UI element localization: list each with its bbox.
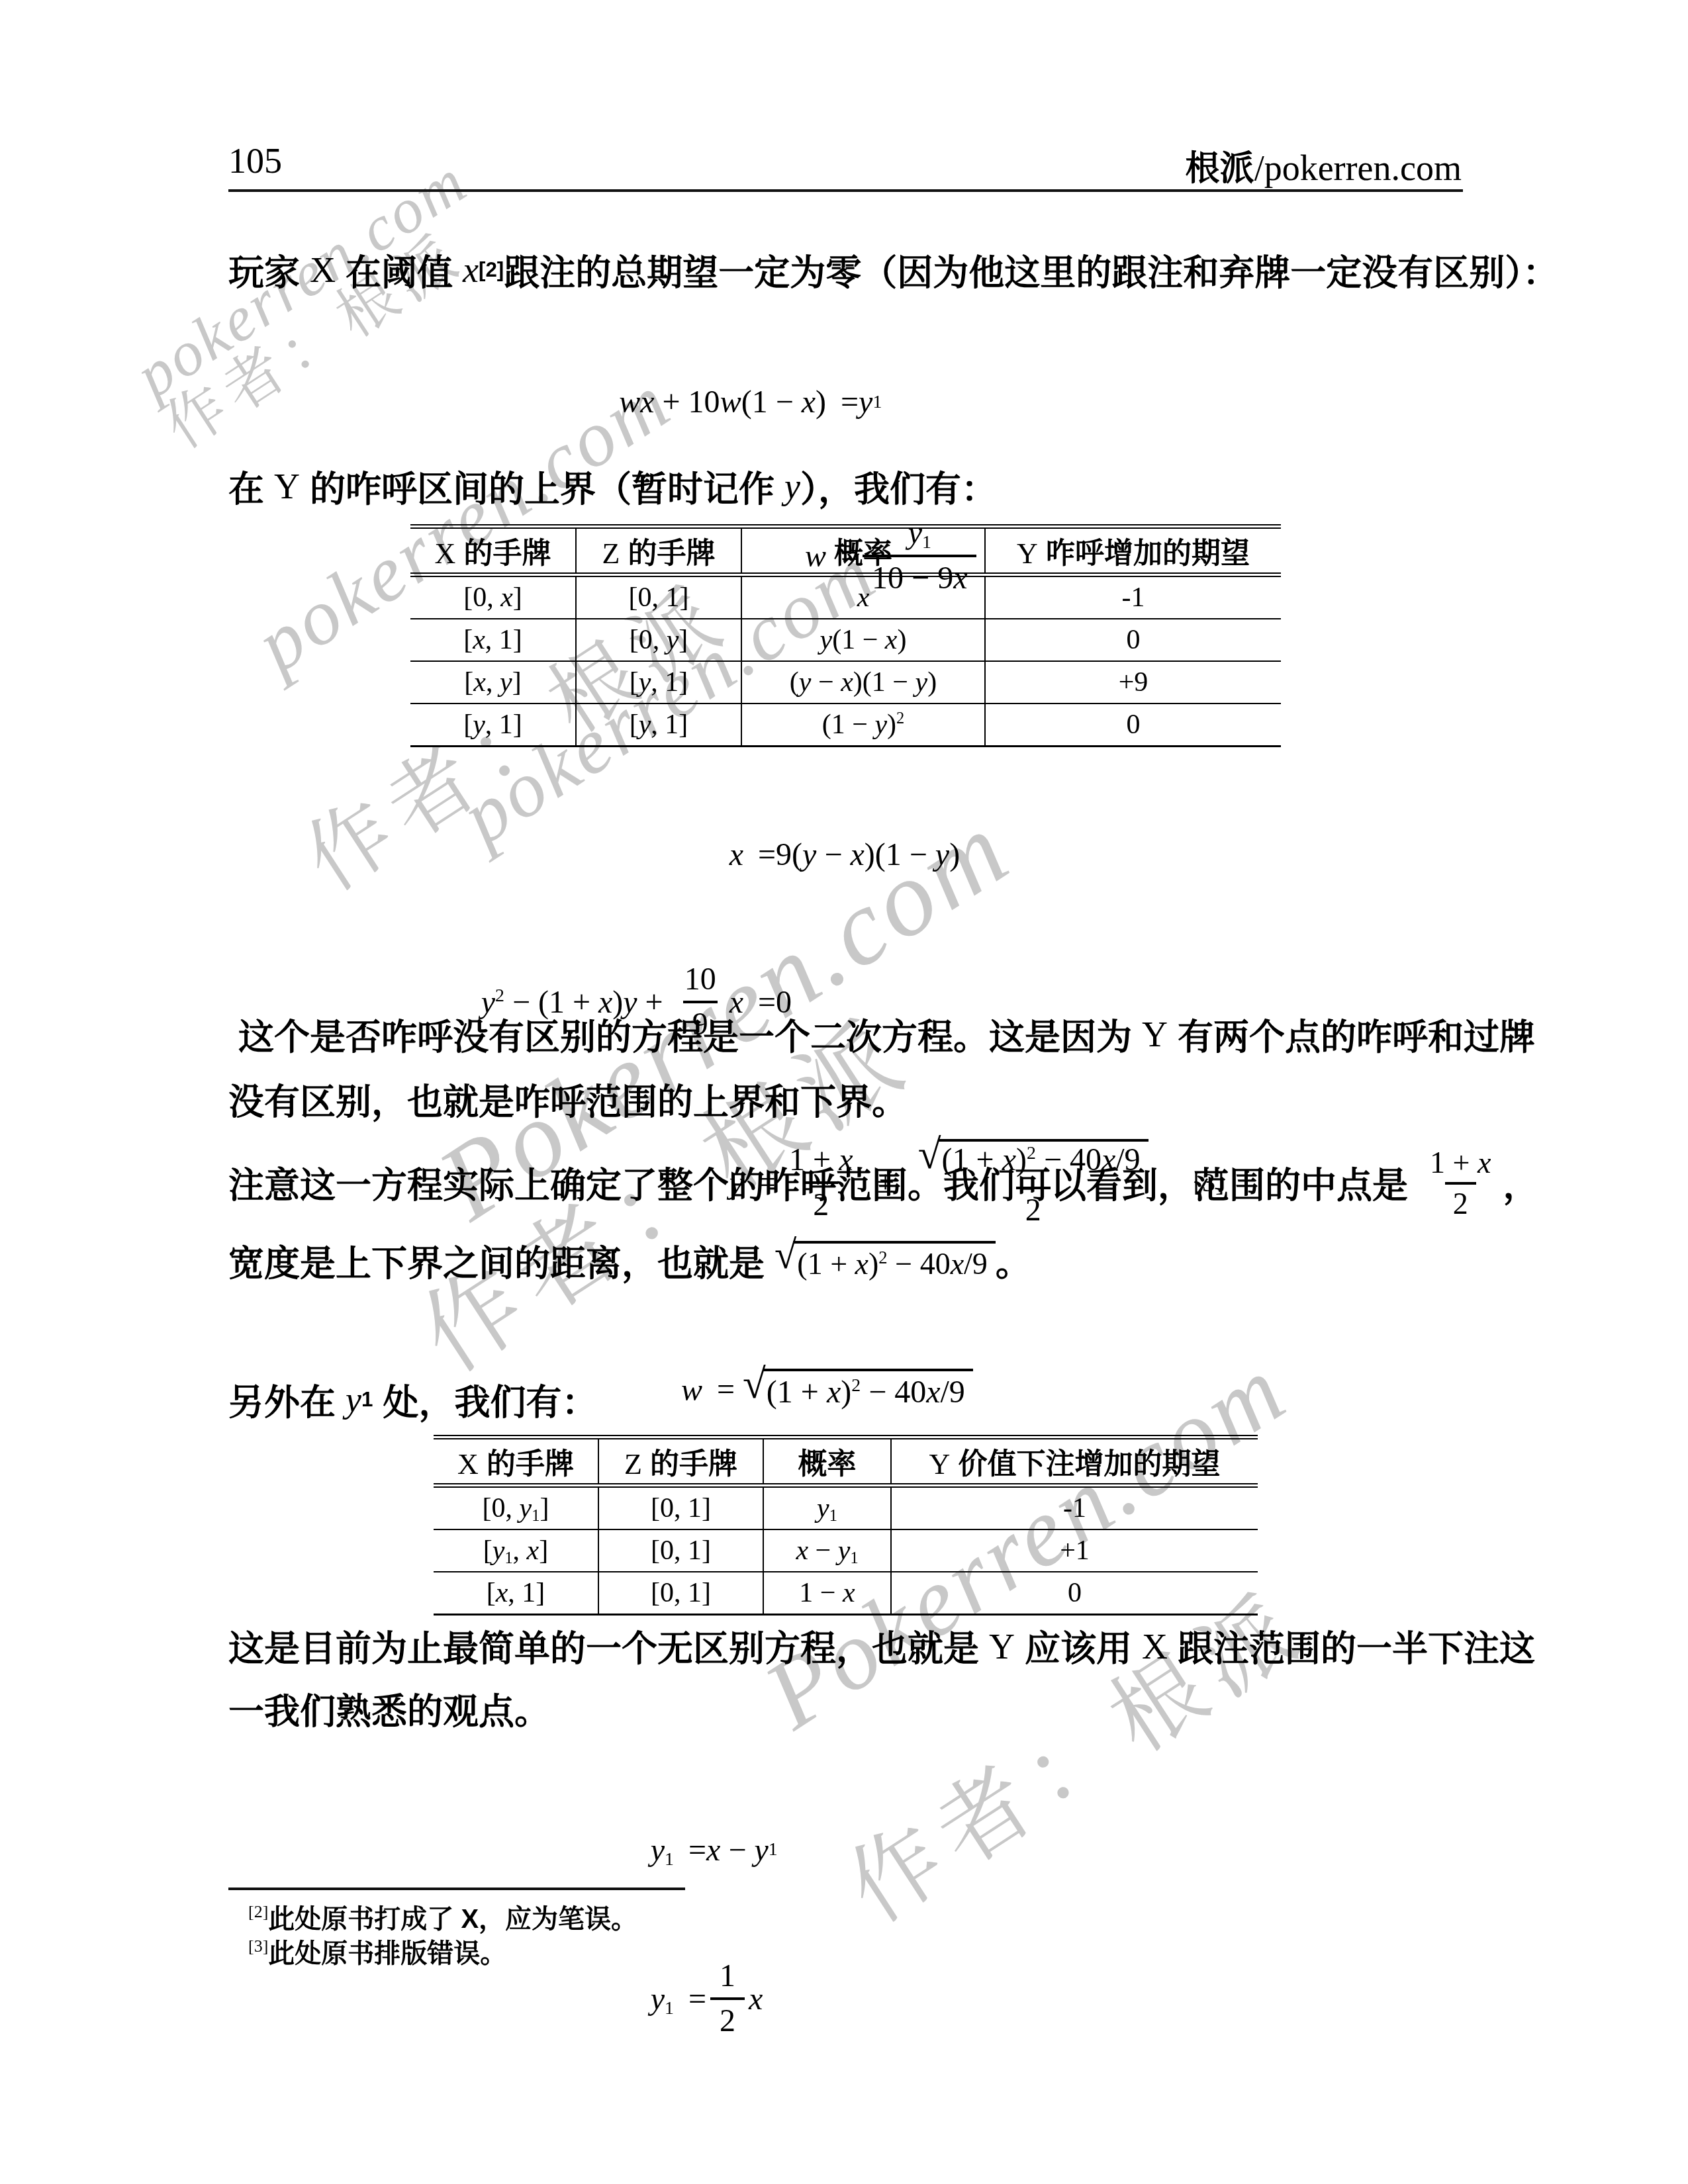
table-cell: [y, 1]: [410, 704, 576, 747]
table-header-row: X 的手牌 Z 的手牌 概率 Y 价值下注增加的期望: [434, 1437, 1258, 1486]
fraction: 1 + x2: [1422, 1146, 1499, 1220]
table-header-cell: 概率: [763, 1437, 891, 1486]
table-row: [x, 1] [0, y] y(1 − x) 0: [410, 619, 1281, 661]
table-cell: [0, 1]: [598, 1529, 763, 1572]
footnote-marker: [2]: [248, 1902, 268, 1921]
math-term: x: [749, 1981, 763, 2017]
paragraph-simplest-equation-line1: 这是目前为止最简单的一个无区别方程，也就是 Y 应该用 X 跟注范围的一半下注这: [228, 1615, 1473, 1678]
text-segment: 。: [996, 1236, 1031, 1287]
table-cell: [0, y]: [576, 619, 741, 661]
site-name-cn: 根派: [1186, 150, 1254, 188]
table-cell: +9: [985, 661, 1281, 704]
table-cell: [x, 1]: [434, 1572, 598, 1615]
fraction-denominator: 2: [1445, 1182, 1476, 1220]
footnote-rule: [228, 1888, 685, 1890]
text-segment: 宽度是上下界之间的距离，也就是: [228, 1236, 774, 1287]
table-header-cell: Y 咋呼增加的期望: [985, 527, 1281, 575]
paragraph-bluff-upper-bound: 在 Y 的咋呼区间的上界（暂时记作 y），我们有：: [228, 463, 1473, 510]
fraction: 12: [710, 1959, 745, 2038]
footnote-text: 此处原书打成了 X，应为笔误。: [268, 1905, 637, 1934]
table-cell: [y, 1]: [576, 661, 741, 704]
paragraph-simplest-equation-line2: 一我们熟悉的观点。: [228, 1678, 1473, 1741]
site-header: 根派/pokerren.com: [1186, 140, 1462, 190]
footnote-marker: [3]: [248, 1936, 268, 1956]
fraction-numerator: 10: [675, 962, 726, 1001]
table-cell: [0, y1]: [434, 1486, 598, 1530]
value-bet-ev-table: X 的手牌 Z 的手牌 概率 Y 价值下注增加的期望 [0, y1] [0, 1…: [434, 1435, 1258, 1615]
math-lhs: wx + 10w(1 − x): [228, 384, 841, 420]
paragraph-quadratic-note-line1: 这个是否咋呼没有区别的方程是一个二次方程。这是因为 Y 有两个点的咋呼和过牌: [228, 1003, 1473, 1066]
table-header-cell: X 的手牌: [434, 1437, 598, 1486]
radicand: (1 + x)2 − 40x/9: [793, 1241, 996, 1281]
math-rhs: =y1: [841, 384, 882, 420]
table-cell: 1 − x: [763, 1572, 891, 1615]
table-cell: x − y1: [763, 1529, 891, 1572]
table-cell: x: [741, 575, 985, 619]
table-header-cell: Z 的手牌: [576, 527, 741, 575]
paragraph-threshold-call: 玩家 X 在阈值 x[2]跟注的总期望一定为零（因为他这里的跟注和弃牌一定没有区…: [228, 244, 1473, 296]
table-header-cell: Z 的手牌: [598, 1437, 763, 1486]
table-cell: +1: [891, 1529, 1258, 1572]
math-lhs: x: [228, 837, 758, 873]
math-lhs: y1: [228, 1981, 688, 2017]
table-cell: [y, 1]: [576, 704, 741, 747]
math-lhs: y1: [228, 1832, 688, 1868]
table-cell: -1: [985, 575, 1281, 619]
bluff-ev-table: X 的手牌 Z 的手牌 概率 Y 咋呼增加的期望 [0, x] [0, 1] x…: [410, 524, 1281, 747]
table-row: [0, x] [0, 1] x -1: [410, 575, 1281, 619]
site-url: /pokerren.com: [1254, 148, 1462, 188]
math-rhs: =12x: [688, 1959, 763, 2038]
square-root: √(1 + x)2 − 40x/9: [774, 1241, 996, 1281]
radical-sign: √: [774, 1236, 796, 1276]
table-cell: [0, 1]: [598, 1486, 763, 1530]
math-rhs: =9(y − x)(1 − y): [758, 837, 960, 873]
equals-sign: =: [688, 1981, 706, 2017]
table-cell: [x, y]: [410, 661, 576, 704]
table-cell: 0: [985, 704, 1281, 747]
table-row: [x, y] [y, 1] (y − x)(1 − y) +9: [410, 661, 1281, 704]
table-row: [y, 1] [y, 1] (1 − y)2 0: [410, 704, 1281, 747]
table-cell: [y1, x]: [434, 1529, 598, 1572]
page-number: 105: [228, 140, 282, 181]
footnote-text: 此处原书排版错误。: [268, 1939, 506, 1968]
text-segment: ，: [1503, 1158, 1538, 1208]
table-cell: 0: [985, 619, 1281, 661]
table-row: [x, 1] [0, 1] 1 − x 0: [434, 1572, 1258, 1615]
table-header-cell: Y 价值下注增加的期望: [891, 1437, 1258, 1486]
table-cell: [0, x]: [410, 575, 576, 619]
header-rule: [228, 189, 1463, 192]
table-cell: (y − x)(1 − y): [741, 661, 985, 704]
table-cell: (1 − y)2: [741, 704, 985, 747]
paragraph-range-midpoint: 注意这一方程实际上确定了整个的咋呼范围。我们可以看到，范围的中点是 1 + x2…: [228, 1142, 1538, 1224]
table-row: [0, y1] [0, 1] y1 -1: [434, 1486, 1258, 1530]
table-header-cell: X 的手牌: [410, 527, 576, 575]
page-content: 105 根派/pokerren.com 玩家 X 在阈值 x[2]跟注的总期望一…: [0, 0, 1688, 2184]
table-header-row: X 的手牌 Z 的手牌 概率 Y 咋呼增加的期望: [410, 527, 1281, 575]
table-header-cell: 概率: [741, 527, 985, 575]
book-page: pokerren.com 作者：根派 pokerren.com pokerren…: [0, 0, 1688, 2184]
table-cell: -1: [891, 1486, 1258, 1530]
fraction-numerator: 1 + x: [1422, 1146, 1499, 1182]
fraction-numerator: 1: [710, 1959, 745, 1997]
equation-y1-a: y1 =x − y1: [228, 1820, 778, 1880]
text-segment: 注意这一方程实际上确定了整个的咋呼范围。我们可以看到，范围的中点是: [228, 1158, 1418, 1208]
table-cell: y(1 − x): [741, 619, 985, 661]
table-cell: [x, 1]: [410, 619, 576, 661]
footnote-2: [2]此处原书打成了 X，应为笔误。: [248, 1898, 637, 1936]
fraction-denominator: 2: [710, 1997, 745, 2038]
paragraph-quadratic-note-line2: 没有区别，也就是咋呼范围的上界和下界。: [228, 1068, 1473, 1131]
paragraph-at-y1: 另外在 y1 处，我们有：: [228, 1378, 1473, 1422]
equation-wx: wx + 10w(1 − x) =y1: [228, 371, 980, 433]
table-cell: [0, 1]: [598, 1572, 763, 1615]
table-cell: 0: [891, 1572, 1258, 1615]
table-row: [y1, x] [0, 1] x − y1 +1: [434, 1529, 1258, 1572]
table-cell: y1: [763, 1486, 891, 1530]
table-cell: [0, 1]: [576, 575, 741, 619]
footnote-3: [3]此处原书排版错误。: [248, 1933, 506, 1970]
math-rhs: =x − y1: [688, 1832, 778, 1868]
equation-x: x =9(y − x)(1 − y): [228, 829, 1224, 880]
